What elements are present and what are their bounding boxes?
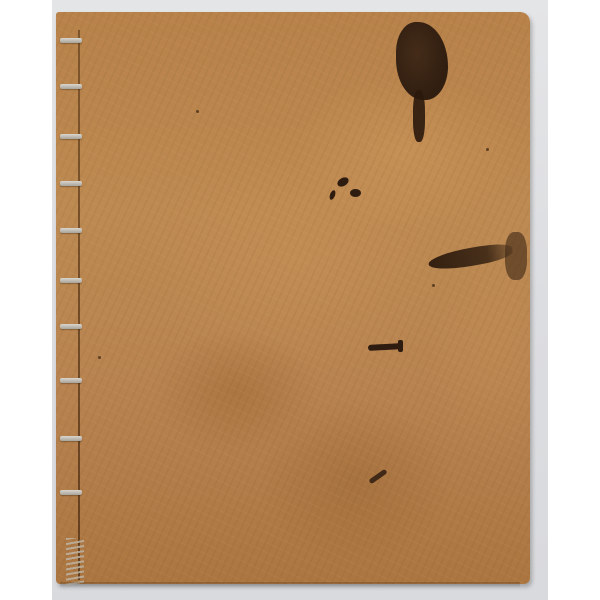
- binding-stitch: [60, 38, 82, 43]
- ink-dot: [350, 189, 361, 197]
- binding-stitch: [60, 278, 82, 283]
- binding-stitch: [60, 324, 82, 329]
- binding-stitch: [60, 490, 82, 495]
- binding-stitch: [60, 181, 82, 186]
- cover-bottom-shadow: [60, 582, 520, 588]
- speck: [98, 356, 101, 359]
- binding-stitch: [60, 378, 82, 383]
- book-cover: [56, 12, 530, 584]
- speck: [486, 148, 489, 151]
- binding-stitch: [60, 84, 82, 89]
- speck: [432, 284, 435, 287]
- binding-spine-line: [78, 30, 80, 580]
- binding-stitch: [60, 134, 82, 139]
- ink-stain-drip: [413, 90, 425, 142]
- binding-stitch: [60, 436, 82, 441]
- frayed-thread-corner: [66, 538, 84, 586]
- speck: [196, 110, 199, 113]
- binding-stitch: [60, 228, 82, 233]
- nail-mark-head: [398, 340, 403, 352]
